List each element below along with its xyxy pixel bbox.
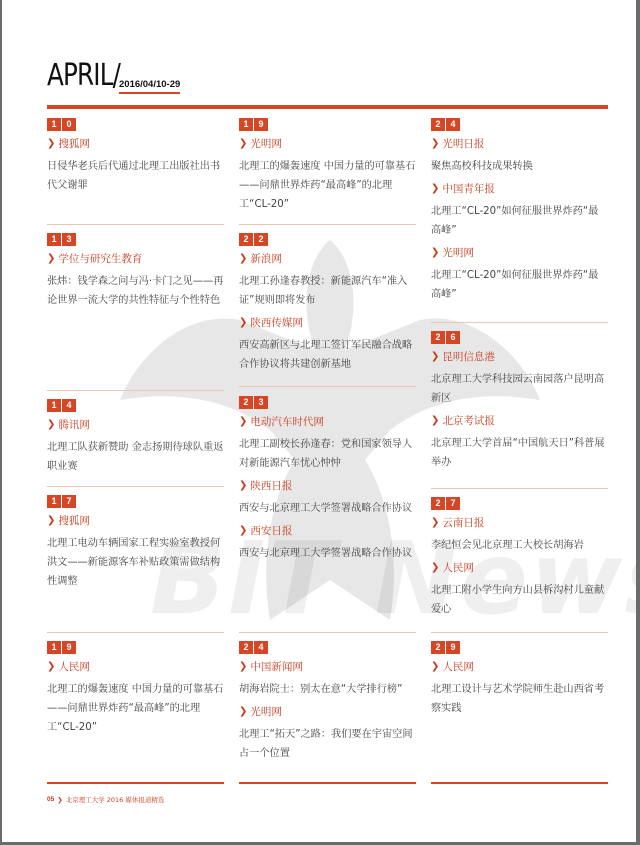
divider [47,224,224,225]
day-badge: 14 [47,399,224,412]
headline[interactable]: 北理工副校长孙逢春：党和国家领导人对新能源汽车忧心忡忡 [239,435,416,473]
chevron-right-icon: ❯ [239,316,247,330]
chevron-right-icon: ❯ [239,252,247,266]
day-badge: 19 [47,641,224,654]
chevron-right-icon: ❯ [431,516,439,530]
source-link[interactable]: ❯昆明信息港 [431,350,608,364]
chevron-right-icon: ❯ [239,415,247,429]
source-link[interactable]: ❯陕西日报 [239,479,416,493]
source-link[interactable]: ❯人民网 [431,660,608,674]
headline[interactable]: 北理工“CL-20”如何征服世界炸药“最高峰” [431,266,608,304]
source-link[interactable]: ❯光明日报 [431,137,608,151]
chevron-right-icon: ❯ [239,660,247,674]
source-name: 学位与研究生教育 [58,252,142,266]
headline[interactable]: 胡海岩院士：别太在意“大学排行榜” [239,680,416,699]
source-link[interactable]: ❯云南日报 [431,516,608,530]
headline[interactable]: 北京理工大学首届“中国航天日”科普展举办 [431,434,608,472]
day-block: 10 ❯搜狐网 日侵华老兵后代通过北理工出版社出书代父谢罪 [47,118,224,195]
day-digit: 1 [47,399,61,412]
source-name: 人民网 [58,660,90,674]
source-link[interactable]: ❯腾讯网 [47,418,224,432]
chevron-right-icon: ❯ [431,414,439,428]
day-block: 27 ❯云南日报 李纪恒会见北京理工大校长胡海岩 ❯人民网 北理工附小学生向方山… [431,497,608,619]
page-header: APRIL/ 2016/04/10-29 [47,62,180,90]
source-name: 昆明信息港 [442,350,495,364]
day-digit: 1 [47,118,61,131]
headline[interactable]: 北京理工大学科技园云南园落户昆明高新区 [431,370,608,408]
day-digit: 2 [254,233,268,246]
bottom-divider [239,782,416,784]
source-name: 人民网 [442,561,474,575]
source-name: 新浪网 [250,252,282,266]
chevron-right-icon: ❯ [47,252,55,266]
page-number: 05 [47,796,54,803]
divider [239,632,416,633]
source-name: 云南日报 [442,516,484,530]
headline[interactable]: 西安与北京理工大学签署战略合作协议 [239,499,416,518]
day-digit: 2 [239,641,253,654]
day-digit: 3 [62,233,76,246]
headline[interactable]: 北理工“拓天”之路：我们要在宇宙空间占一个位置 [239,725,416,763]
headline[interactable]: 北理工孙逢春教授：新能源汽车“准入证”规则即将发布 [239,272,416,310]
chevron-right-icon: ❯ [47,660,55,674]
day-badge: 26 [431,331,608,344]
day-badge: 27 [431,497,608,510]
date-range: 2016/04/10-29 [119,78,180,94]
source-link[interactable]: ❯电动汽车时代网 [239,415,416,429]
source-name: 北京考试报 [442,414,495,428]
day-digit: 0 [62,118,76,131]
day-digit: 2 [431,331,445,344]
chevron-right-icon: ❯ [431,350,439,364]
source-name: 搜狐网 [58,137,90,151]
source-name: 光明网 [442,246,474,260]
day-digit: 1 [47,233,61,246]
source-name: 陕西传媒网 [250,316,303,330]
bottom-divider [431,782,608,784]
day-block: 14 ❯腾讯网 北理工队获新赞助 金志扬期待球队重返职业赛 [47,399,224,476]
chevron-right-icon: ❯ [47,137,55,151]
source-link[interactable]: ❯北京考试报 [431,414,608,428]
day-badge: 19 [239,118,416,131]
page-title: APRIL/ [47,62,103,90]
source-link[interactable]: ❯陕西传媒网 [239,316,416,330]
day-block: 19 ❯光明网 北理工的爆轰速度 中国力量的可靠基石——问鼎世界炸药“最高峰”的… [239,118,416,214]
source-link[interactable]: ❯光明网 [239,705,416,719]
headline[interactable]: 北理工队获新赞助 金志扬期待球队重返职业赛 [47,438,224,476]
day-digit: 2 [431,641,445,654]
day-badge: 10 [47,118,224,131]
headline[interactable]: 西安与北京理工大学签署战略合作协议 [239,544,416,563]
source-name: 中国青年报 [442,182,495,196]
chevron-right-icon: ❯ [47,514,55,528]
day-block: 26 ❯昆明信息港 北京理工大学科技园云南园落户昆明高新区 ❯北京考试报 北京理… [431,331,608,472]
source-name: 光明网 [250,705,282,719]
day-digit: 2 [239,233,253,246]
day-digit: 1 [47,495,61,508]
day-badge: 17 [47,495,224,508]
day-block: 24 ❯中国新闻网 胡海岩院士：别太在意“大学排行榜” ❯光明网 北理工“拓天”… [239,641,416,763]
headline[interactable]: 北理工附小学生向方山县柝沟村儿童献爱心 [431,581,608,619]
chevron-right-icon: ❯ [431,660,439,674]
divider [431,322,608,323]
divider [47,486,224,487]
chevron-right-icon: ❯ [239,479,247,493]
chevron-right-icon: ❯ [431,182,439,196]
day-digit: 9 [446,641,460,654]
source-name: 腾讯网 [58,418,90,432]
day-badge: 24 [239,641,416,654]
chevron-right-icon: ❯ [57,796,62,804]
headline[interactable]: 日侵华老兵后代通过北理工出版社出书代父谢罪 [47,157,224,195]
headline[interactable]: 聚焦高校科技成果转换 [431,157,608,176]
day-digit: 7 [446,497,460,510]
day-digit: 1 [239,118,253,131]
chevron-right-icon: ❯ [431,246,439,260]
day-digit: 6 [446,331,460,344]
source-link[interactable]: ❯学位与研究生教育 [47,252,224,266]
day-digit: 4 [254,641,268,654]
source-link[interactable]: ❯人民网 [47,660,224,674]
source-name: 中国新闻网 [250,660,303,674]
chevron-right-icon: ❯ [431,137,439,151]
day-badge: 23 [239,396,416,409]
headline[interactable]: 北理工“CL-20”如何征服世界炸药“最高峰” [431,202,608,240]
source-link[interactable]: ❯搜狐网 [47,137,224,151]
day-badge: 29 [431,641,608,654]
day-digit: 1 [47,641,61,654]
headline[interactable]: 北理工电动车辆国家工程实验室教授何洪文——新能源客车补贴政策需做结构性调整 [47,534,224,591]
day-digit: 3 [254,396,268,409]
day-digit: 4 [62,399,76,412]
source-name: 电动汽车时代网 [250,415,324,429]
chevron-right-icon: ❯ [47,418,55,432]
source-name: 搜狐网 [58,514,90,528]
source-link[interactable]: ❯新浪网 [239,252,416,266]
headline[interactable]: 张炜：钱学森之问与冯·卡门之见——再论世界一流大学的共性特征与个性特色 [47,272,224,310]
headline[interactable]: 北理工的爆轰速度 中国力量的可靠基石——问鼎世界炸药“最高峰”的北理工“CL-2… [47,680,224,737]
footer-text: 北京理工大学 2016 媒体报道精选 [66,795,165,804]
page-footer: 05 ❯ 北京理工大学 2016 媒体报道精选 [47,795,164,804]
source-name: 光明日报 [442,137,484,151]
divider [431,632,608,633]
headline[interactable]: 北理工的爆轰速度 中国力量的可靠基石——问鼎世界炸药“最高峰”的北理工“CL-2… [239,157,416,214]
day-digit: 9 [62,641,76,654]
chevron-right-icon: ❯ [239,137,247,151]
day-digit: 2 [239,396,253,409]
source-link[interactable]: ❯中国青年报 [431,182,608,196]
day-badge: 22 [239,233,416,246]
source-link[interactable]: ❯中国新闻网 [239,660,416,674]
day-block: 19 ❯人民网 北理工的爆轰速度 中国力量的可靠基石——问鼎世界炸药“最高峰”的… [47,641,224,737]
header-divider [47,105,608,109]
day-block: 13 ❯学位与研究生教育 张炜：钱学森之问与冯·卡门之见——再论世界一流大学的共… [47,233,224,310]
source-link[interactable]: ❯光明网 [239,137,416,151]
divider [431,488,608,489]
divider [239,224,416,225]
headline[interactable]: 西安高新区与北理工签订军民融合战略合作协议将共建创新基地 [239,336,416,374]
day-badge: 13 [47,233,224,246]
source-name: 人民网 [442,660,474,674]
chevron-right-icon: ❯ [431,561,439,575]
chevron-right-icon: ❯ [239,705,247,719]
divider [47,632,224,633]
day-block: 24 ❯光明日报 聚焦高校科技成果转换 ❯中国青年报 北理工“CL-20”如何征… [431,118,608,304]
day-block: 23 ❯电动汽车时代网 北理工副校长孙逢春：党和国家领导人对新能源汽车忧心忡忡 … [239,396,416,563]
bottom-divider [47,782,224,784]
headline[interactable]: 北理工设计与艺术学院师生赴山西省考察实践 [431,680,608,718]
divider [239,386,416,387]
day-digit: 2 [431,497,445,510]
source-name: 陕西日报 [250,479,292,493]
headline[interactable]: 李纪恒会见北京理工大校长胡海岩 [431,536,608,555]
day-digit: 9 [254,118,268,131]
source-link[interactable]: ❯光明网 [431,246,608,260]
source-link[interactable]: ❯搜狐网 [47,514,224,528]
chevron-right-icon: ❯ [239,524,247,538]
source-name: 光明网 [250,137,282,151]
day-block: 17 ❯搜狐网 北理工电动车辆国家工程实验室教授何洪文——新能源客车补贴政策需做… [47,495,224,591]
source-name: 西安日报 [250,524,292,538]
day-digit: 4 [446,118,460,131]
divider [47,390,224,391]
day-digit: 2 [431,118,445,131]
day-digit: 7 [62,495,76,508]
source-link[interactable]: ❯西安日报 [239,524,416,538]
day-badge: 24 [431,118,608,131]
source-link[interactable]: ❯人民网 [431,561,608,575]
day-block: 22 ❯新浪网 北理工孙逢春教授：新能源汽车“准入证”规则即将发布 ❯陕西传媒网… [239,233,416,374]
day-block: 29 ❯人民网 北理工设计与艺术学院师生赴山西省考察实践 [431,641,608,718]
